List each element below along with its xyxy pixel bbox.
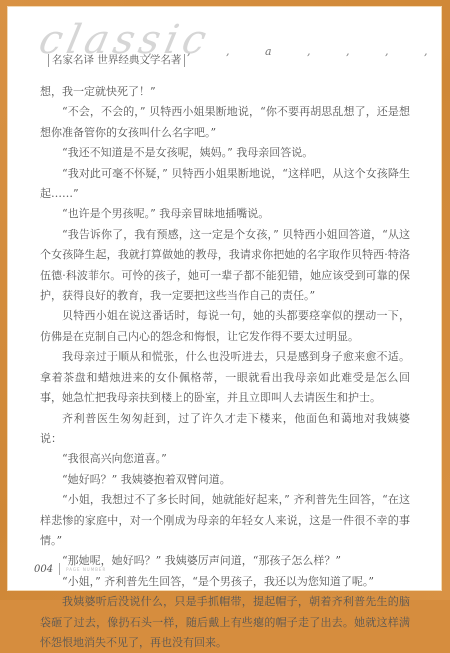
page-footer: 004 PAGE NUMBER xyxy=(34,563,106,575)
page-header: classic , , , a , , , , 名家名译 世界经典文学名著 xyxy=(28,17,328,69)
body-text: 想，我一定就快死了！” “不会，不会的，” 贝特西小姐果断地说，“你不要再胡思乱… xyxy=(40,82,410,600)
paragraph: “也许是个男孩呢。” 我母亲冒昧地插嘴说。 xyxy=(40,204,410,224)
paragraph: “我告诉你了，我有预感，这一定是个女孩，” 贝特西小姐回答道，“从这个女孩降生起… xyxy=(40,225,410,307)
page-number: 004 xyxy=(34,564,53,575)
paragraph: 我姨婆听后没说什么，只是手抓帽带，提起帽子，朝着齐利普先生的脑袋砸了过去，像扔石… xyxy=(40,592,410,600)
paragraph: 齐利普医生匆匆赶到，过了许久才走下楼来，他面色和蔼地对我姨婆说： xyxy=(40,409,410,450)
paragraph: “不会，不会的，” 贝特西小姐果断地说，“你不要再胡思乱想了，还是想想你准备管你… xyxy=(40,102,410,143)
paragraph: 我母亲过于顺从和慌张，什么也没听进去，只是感到身子愈来愈不适。拿着茶盘和蜡烛进来… xyxy=(40,347,410,408)
series-title: 名家名译 世界经典文学名著 xyxy=(48,54,185,67)
decor-dots: , , , a , , , , xyxy=(148,45,444,58)
paragraph: “小姐，我想过不了多长时间，她就能好起来，” 齐利普先生回答，“在这样悲惨的家庭… xyxy=(40,490,410,551)
paragraph: “我很高兴向您道喜。” xyxy=(40,449,410,469)
book-page: classic , , , a , , , , 名家名译 世界经典文学名著 想，… xyxy=(7,6,442,591)
paragraph: “她好吗？” 我姨婆抱着双臂问道。 xyxy=(40,470,410,490)
paragraph: “我对此可毫不怀疑，” 贝特西小姐果断地说，“这样吧，从这个女孩降生起……” xyxy=(40,164,410,205)
footer-divider xyxy=(59,563,60,575)
footer-label: PAGE NUMBER xyxy=(66,567,106,572)
paragraph: 贝特西小姐在说这番话时，每说一句，她的头都要痉挛似的摆动一下，仿佛是在克制自己内… xyxy=(40,306,410,347)
paragraph: 想，我一定就快死了！” xyxy=(40,82,410,102)
paragraph: “我还不知道是不是女孩呢，姨妈。” 我母亲回答说。 xyxy=(40,143,410,163)
